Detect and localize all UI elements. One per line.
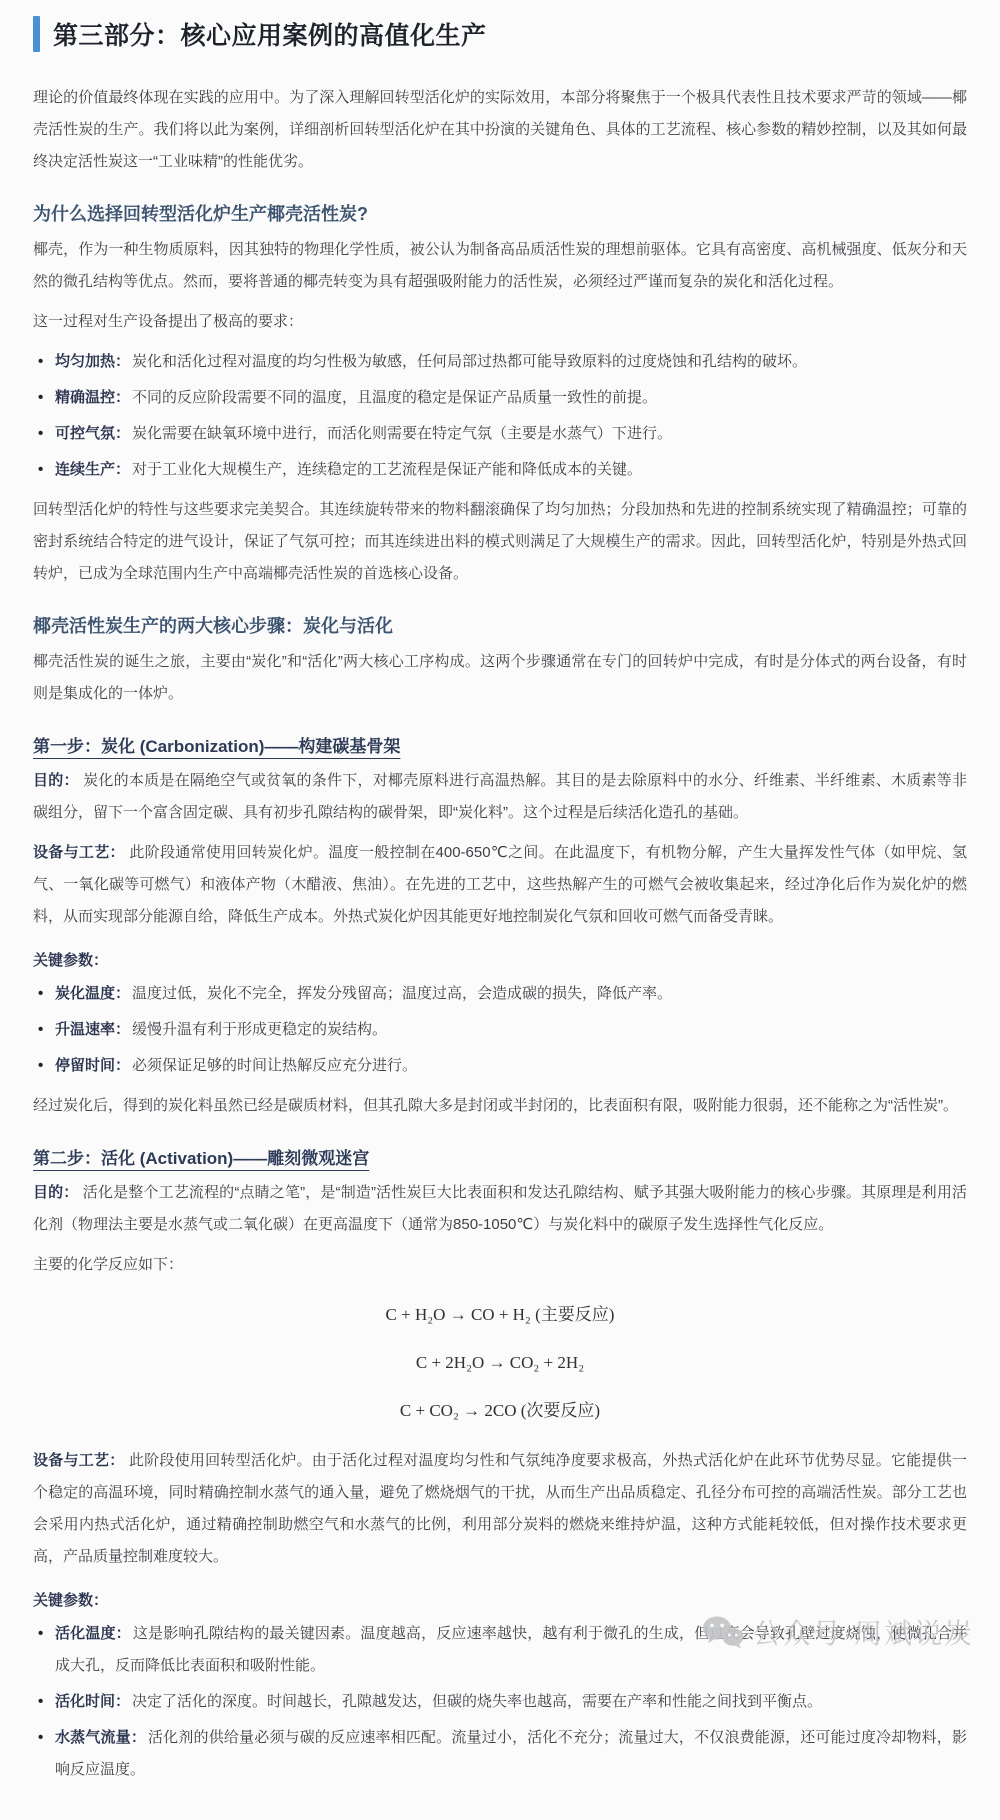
equipment-label: 设备与工艺： xyxy=(33,844,125,861)
step1-params-label: 关键参数： xyxy=(33,949,967,970)
chemical-equation-primary: C + H₂O → CO + H₂ (主要反应) xyxy=(33,1301,967,1329)
list-item: 炭化温度：温度过低，炭化不完全，挥发分残留高；温度过高，会造成碳的损失，降低产率… xyxy=(33,978,967,1010)
param-term: 升温速率： xyxy=(55,1021,130,1038)
title-accent-bar xyxy=(33,16,40,52)
param-desc: 这是影响孔隙结构的最关键因素。温度越高，反应速率越快，越有利于微孔的生成，但过高… xyxy=(55,1625,967,1674)
param-term: 活化时间： xyxy=(55,1693,130,1710)
heading-step1-carbonization: 第一步：炭化 (Carbonization)——构建碳基骨架 xyxy=(33,732,967,757)
why-paragraph-2: 这一过程对生产设备提出了极高的要求： xyxy=(33,306,967,338)
chemical-equation-minor: C + CO₂ → 2CO (次要反应) xyxy=(33,1397,967,1425)
list-item: 均匀加热：炭化和活化过程对温度的均匀性极为敏感，任何局部过热都可能导致原料的过度… xyxy=(33,346,967,378)
equipment-label: 设备与工艺： xyxy=(33,1452,124,1469)
purpose-text: 活化是整个工艺流程的“点睛之笔”，是“制造”活性炭巨大比表面积和发达孔隙结构、赋… xyxy=(33,1184,967,1233)
step1-closing-paragraph: 经过炭化后，得到的炭化料虽然已经是碳质材料，但其孔隙大多是封闭或半封闭的，比表面… xyxy=(33,1090,967,1122)
equipment-text: 此阶段使用回转型活化炉。由于活化过程对温度均匀性和气氛纯净度要求极高，外热式活化… xyxy=(33,1452,967,1565)
requirement-desc: 炭化和活化过程对温度的均匀性极为敏感，任何局部过热都可能导致原料的过度烧蚀和孔结… xyxy=(132,353,807,370)
heading-two-steps: 椰壳活性炭生产的两大核心步骤：炭化与活化 xyxy=(33,612,967,638)
requirement-desc: 炭化需要在缺氧环境中进行，而活化则需要在特定气氛（主要是水蒸气）下进行。 xyxy=(132,425,672,442)
why-paragraph-3: 回转型活化炉的特性与这些要求完美契合。其连续旋转带来的物料翻滚确保了均匀加热；分… xyxy=(33,494,967,590)
chemical-equation-secondary: C + 2H₂O → CO₂ + 2H₂ xyxy=(33,1349,967,1377)
heading-why-rotary: 为什么选择回转型活化炉生产椰壳活性炭? xyxy=(33,200,967,226)
reactions-intro: 主要的化学反应如下： xyxy=(33,1249,967,1281)
step2-equipment-paragraph: 设备与工艺： 此阶段使用回转型活化炉。由于活化过程对温度均匀性和气氛纯净度要求极… xyxy=(33,1445,967,1573)
requirement-term: 连续生产： xyxy=(55,461,130,478)
list-item: 升温速率：缓慢升温有利于形成更稳定的炭结构。 xyxy=(33,1014,967,1046)
heading-step2-activation: 第二步：活化 (Activation)——雕刻微观迷宫 xyxy=(33,1144,967,1169)
requirement-desc: 不同的反应阶段需要不同的温度，且温度的稳定是保证产品质量一致性的前提。 xyxy=(132,389,657,406)
requirements-list: 均匀加热：炭化和活化过程对温度的均匀性极为敏感，任何局部过热都可能导致原料的过度… xyxy=(33,346,967,486)
param-desc: 必须保证足够的时间让热解反应充分进行。 xyxy=(132,1057,417,1074)
requirement-desc: 对于工业化大规模生产，连续稳定的工艺流程是保证产能和降低成本的关键。 xyxy=(132,461,642,478)
param-term: 活化温度： xyxy=(55,1625,131,1642)
why-paragraph-1: 椰壳，作为一种生物质原料，因其独特的物理化学性质，被公认为制备高品质活性炭的理想… xyxy=(33,234,967,298)
step1-purpose-paragraph: 目的： 炭化的本质是在隔绝空气或贫氧的条件下，对椰壳原料进行高温热解。其目的是去… xyxy=(33,765,967,829)
param-term: 炭化温度： xyxy=(55,985,130,1002)
list-item: 活化温度：这是影响孔隙结构的最关键因素。温度越高，反应速率越快，越有利于微孔的生… xyxy=(33,1618,967,1682)
steps-paragraph: 椰壳活性炭的诞生之旅，主要由“炭化”和“活化”两大核心工序构成。这两个步骤通常在… xyxy=(33,646,967,710)
article-page: { "colors": { "accent_bar": "#4a90d2" },… xyxy=(0,0,1000,1820)
step2-params-list: 活化温度：这是影响孔隙结构的最关键因素。温度越高，反应速率越快，越有利于微孔的生… xyxy=(33,1618,967,1786)
step2-purpose-paragraph: 目的： 活化是整个工艺流程的“点睛之笔”，是“制造”活性炭巨大比表面积和发达孔隙… xyxy=(33,1177,967,1241)
step1-equipment-paragraph: 设备与工艺： 此阶段通常使用回转炭化炉。温度一般控制在400-650℃之间。在此… xyxy=(33,837,967,933)
param-desc: 决定了活化的深度。时间越长，孔隙越发达，但碳的烧失率也越高，需要在产率和性能之间… xyxy=(132,1693,822,1710)
equipment-text: 此阶段通常使用回转炭化炉。温度一般控制在400-650℃之间。在此温度下，有机物… xyxy=(33,844,967,925)
list-item: 可控气氛：炭化需要在缺氧环境中进行，而活化则需要在特定气氛（主要是水蒸气）下进行… xyxy=(33,418,967,450)
list-item: 精确温控：不同的反应阶段需要不同的温度，且温度的稳定是保证产品质量一致性的前提。 xyxy=(33,382,967,414)
list-item: 连续生产：对于工业化大规模生产，连续稳定的工艺流程是保证产能和降低成本的关键。 xyxy=(33,454,967,486)
list-item: 停留时间：必须保证足够的时间让热解反应充分进行。 xyxy=(33,1050,967,1082)
step1-params-list: 炭化温度：温度过低，炭化不完全，挥发分残留高；温度过高，会造成碳的损失，降低产率… xyxy=(33,978,967,1082)
requirement-term: 可控气氛： xyxy=(55,425,130,442)
step2-params-label: 关键参数： xyxy=(33,1589,967,1610)
param-term: 停留时间： xyxy=(55,1057,130,1074)
purpose-text: 炭化的本质是在隔绝空气或贫氧的条件下，对椰壳原料进行高温热解。其目的是去除原料中… xyxy=(33,772,967,821)
param-desc: 缓慢升温有利于形成更稳定的炭结构。 xyxy=(132,1021,387,1038)
requirement-term: 均匀加热： xyxy=(55,353,130,370)
param-desc: 温度过低，炭化不完全，挥发分残留高；温度过高，会造成碳的损失，降低产率。 xyxy=(132,985,672,1002)
list-item: 水蒸气流量：活化剂的供给量必须与碳的反应速率相匹配。流量过小，活化不充分；流量过… xyxy=(33,1722,967,1786)
section-title-block: 第三部分：核心应用案例的高值化生产 xyxy=(33,16,967,52)
param-term: 水蒸气流量： xyxy=(55,1729,146,1746)
param-desc: 活化剂的供给量必须与碳的反应速率相匹配。流量过小，活化不充分；流量过大，不仅浪费… xyxy=(55,1729,967,1778)
requirement-term: 精确温控： xyxy=(55,389,130,406)
purpose-label: 目的： xyxy=(33,772,79,789)
intro-paragraph: 理论的价值最终体现在实践的应用中。为了深入理解回转型活化炉的实际效用，本部分将聚… xyxy=(33,82,967,178)
page-title: 第三部分：核心应用案例的高值化生产 xyxy=(53,16,487,52)
purpose-label: 目的： xyxy=(33,1184,78,1201)
list-item: 活化时间：决定了活化的深度。时间越长，孔隙越发达，但碳的烧失率也越高，需要在产率… xyxy=(33,1686,967,1718)
